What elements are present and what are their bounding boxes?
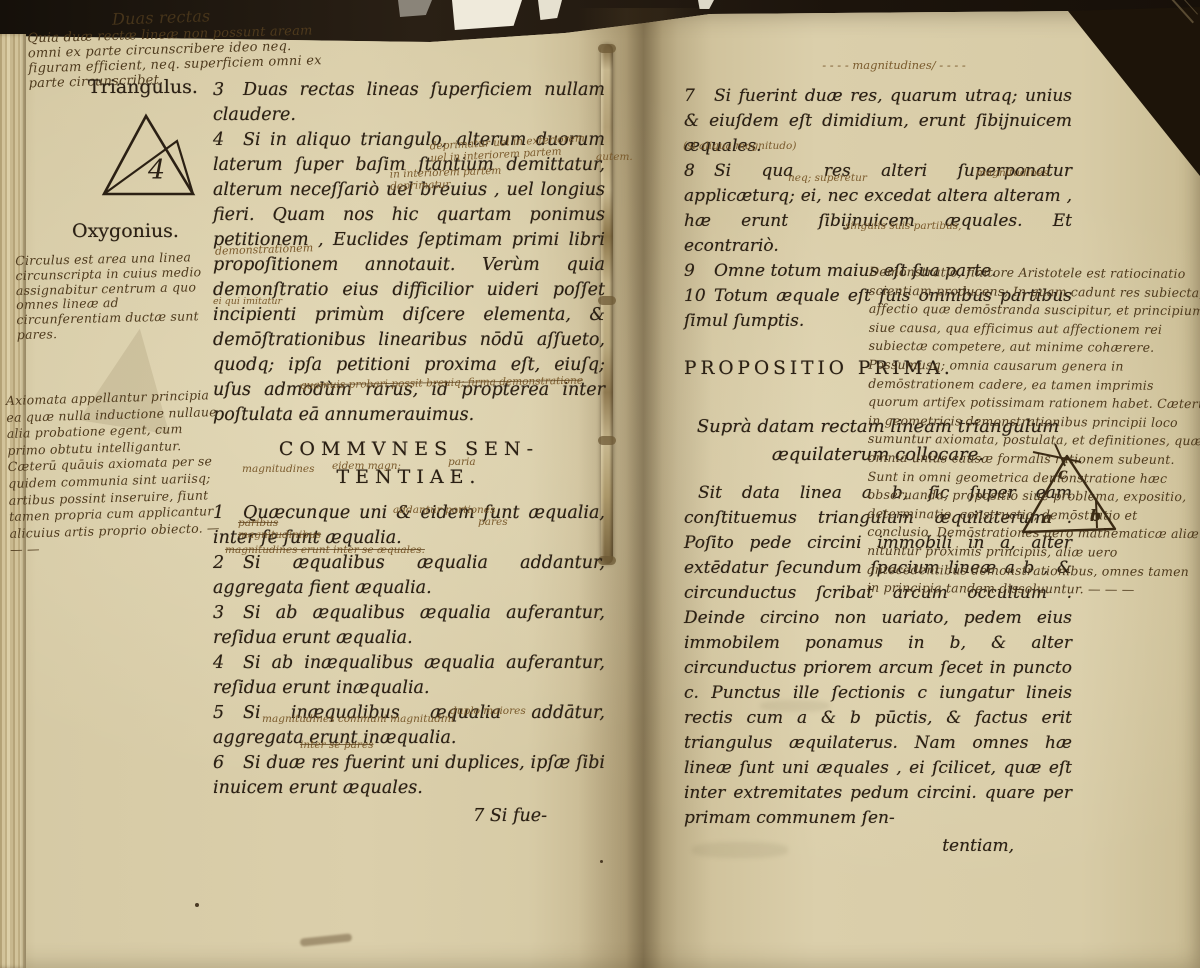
sentence-6: 6Si duæ res fuerint uni duplices, ipſæ ſ… [213,751,605,801]
sentence-2: 2Si æqualibus æqualia addantur, aggregat… [213,551,605,601]
gloss-singulis: singulis suis partibus, [845,221,961,233]
heading-line-1: COMMVNES SEN- [213,435,605,463]
gloss-s2-addantur: addantur portiones [393,505,495,517]
sentence-8-number: 8 [684,159,714,184]
ink-spot [600,860,603,863]
gloss-ei-qui: ei qui imitatur [213,296,282,308]
gloss-autem: autem. [596,152,633,164]
petition-3: 3Duas rectas lineas ſuperficiem nullam c… [213,78,605,128]
gloss-s6-inter-se: inter se pares [300,740,373,752]
top-edge-tab-grey [398,0,432,17]
left-catchword: 7 Si fue- [213,804,605,829]
gloss-s2-magnitudines: magnitudines erunt inter se æquales. [225,545,480,557]
stitch-knot [598,44,616,53]
sentence-5-number: 5 [213,701,243,726]
sentence-7-number: 7 [684,84,714,109]
triangle-sketch [1003,438,1139,550]
petition-4-number: 4 [213,128,243,153]
gloss-s6-magnitudines: magnitudines communi magnitudini [262,714,447,726]
sentence-4: 4Si ab inæqualibus æqualia auferantur, r… [213,651,605,701]
sentence-2-text: Si æqualibus æqualia addantur, aggregata… [213,553,605,598]
gloss-magnitudines-s8: magnitudines [976,168,1034,180]
sentence-4-text: Si ab inæqualibus æqualia auferantur, re… [213,653,605,698]
sentence-4-number: 4 [213,651,243,676]
gloss-s1-magnitudines: magnitudines [242,464,315,476]
book-scan: Duas rectas Quia duæ rectæ lineæ non pos… [0,0,1200,968]
gloss-s1-eidem: eidem magn: [332,461,401,473]
sentence-3-text: Si ab æqualibus æqualia auferantur, reſi… [213,603,605,648]
circulus-margin-note: Circulus est area una linea circunscript… [15,250,215,343]
gloss-s1-paria: paria [448,457,476,469]
sketch-label-b: b [1090,506,1101,525]
gloss-magnitudines-top: - - - - magnitudines/ - - - - [724,60,1064,72]
hand-title: Duas rectas [112,6,211,28]
top-edge-tab-white [452,0,522,30]
oxygonius-label: Oxygonius. [72,220,179,242]
sentence-5-text: Si inæqualibus æqualia addātur, aggregat… [213,703,605,748]
triangulus-label: Triangulus. [88,76,198,98]
sentence-6-text: Si duæ res fuerint uni duplices, ipſæ ſi… [213,753,605,798]
right-catchword: tentiam, [684,834,1072,859]
sentence-3-number: 3 [213,601,243,626]
sentence-5: 5Si inæqualibus æqualia addātur, aggrega… [213,701,605,751]
gloss-s6-duplo: duplo maiores [450,706,530,718]
figure-number: 4 [148,155,165,186]
axiomata-margin-note: Axiomata appellantur principia ea quæ nu… [6,387,223,559]
petition-3-text: Duas rectas lineas ſuperficiem nullam cl… [213,80,605,125]
sentence-10-number: 10 [684,284,714,309]
gloss-neq-superetur: neq; superetur [788,173,867,185]
sketch-label-c: c [1058,464,1068,483]
sentence-9-number: 9 [684,259,714,284]
petition-3-number: 3 [213,78,243,103]
sketch-label-a: a [1042,508,1052,527]
top-edge-tab-small [538,0,562,20]
gloss-s2-pares: pares [478,517,508,529]
gloss-s2-paribus: paribus magnitudinibus [238,518,363,541]
sentence-6-number: 6 [213,751,243,776]
ink-spot [195,903,199,907]
gloss-si-aliqua: (si aliqua magnitudo) [683,141,796,153]
sentence-3: 3Si ab æqualibus æqualia auferantur, reſ… [213,601,605,651]
